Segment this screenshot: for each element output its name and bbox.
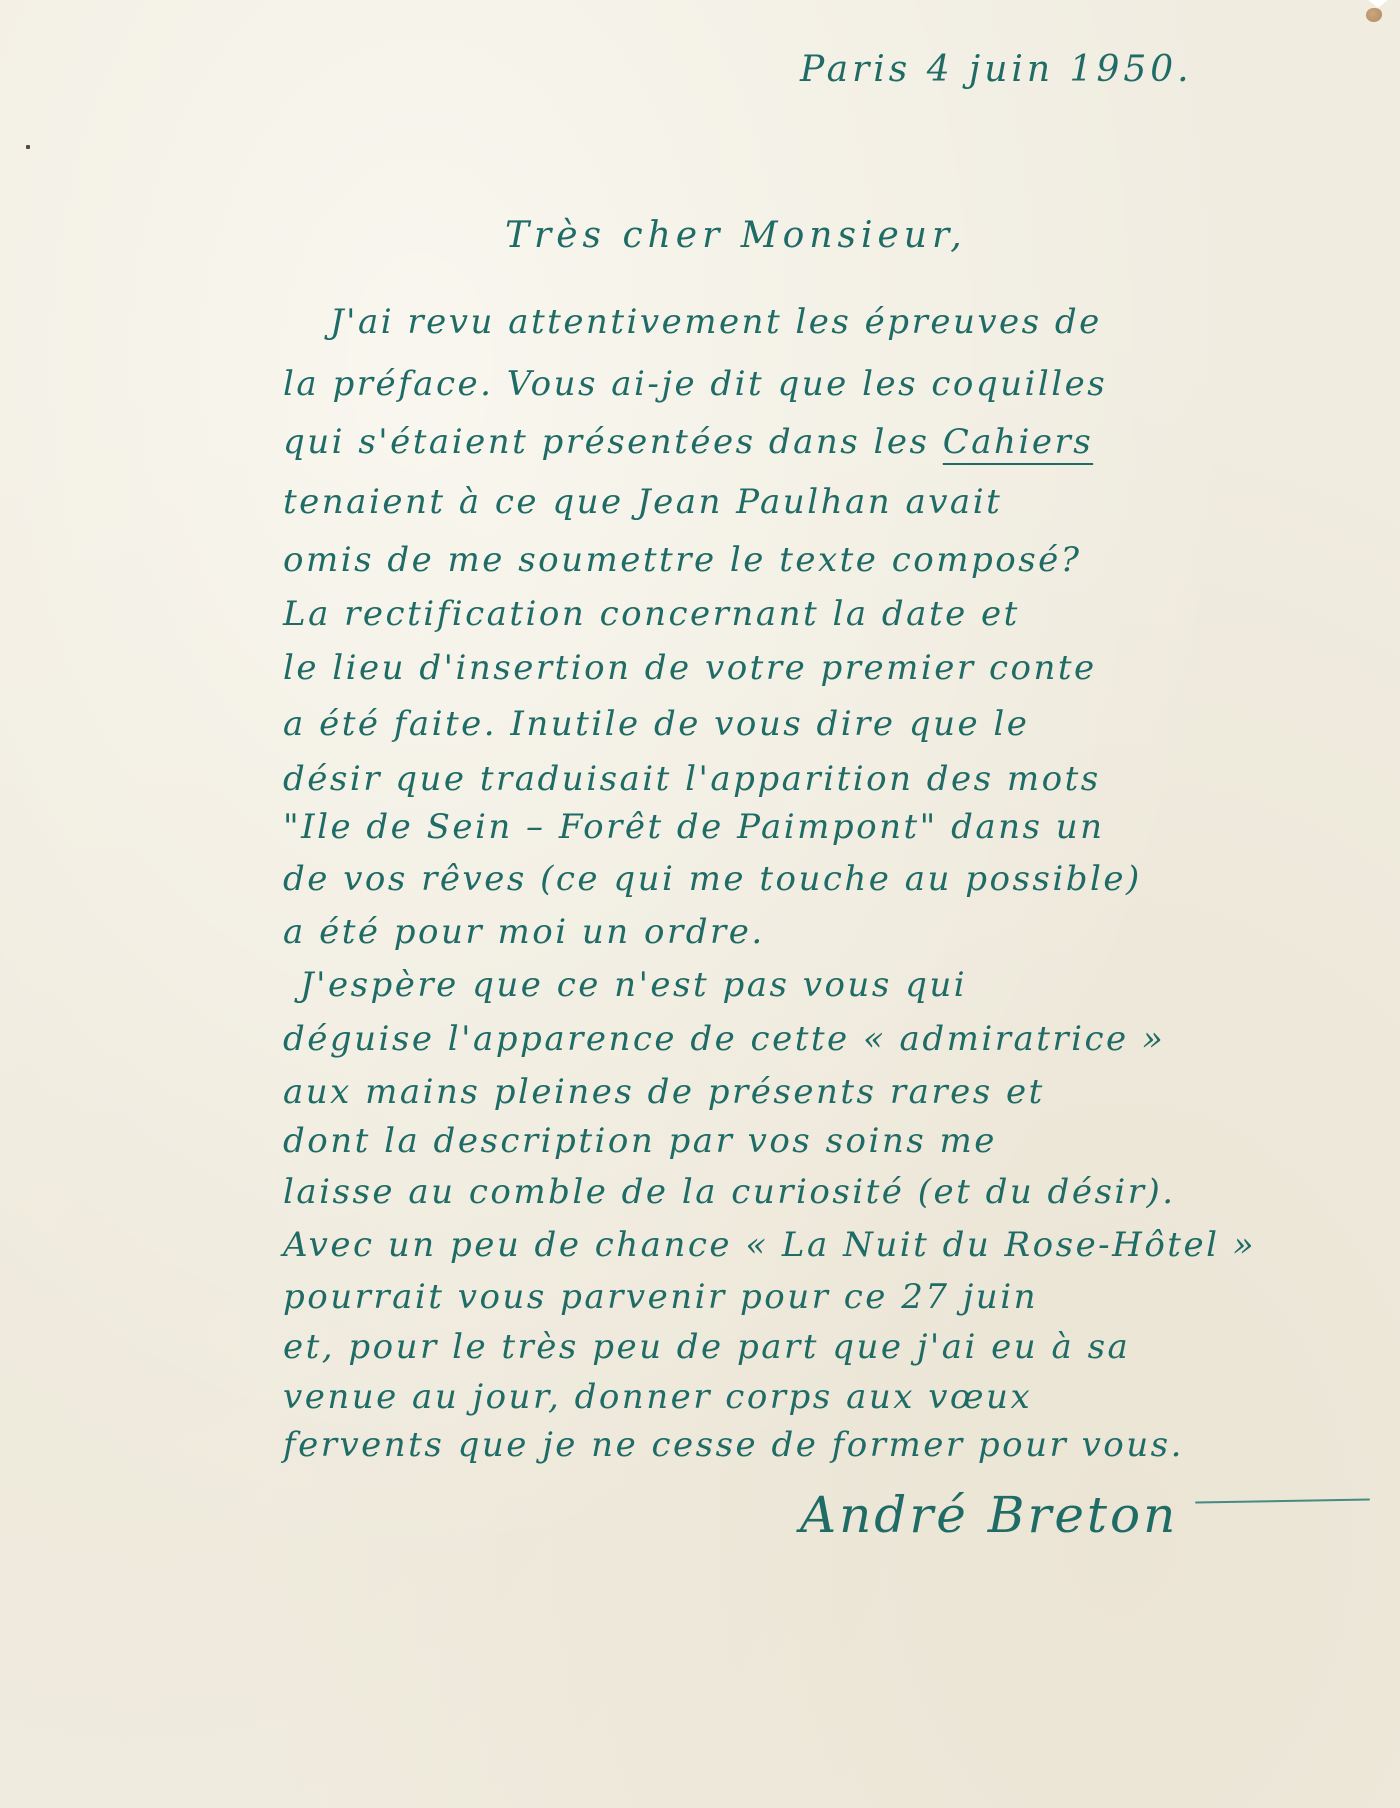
body-line: fervents que je ne cesse de former pour … [283, 1428, 1184, 1462]
body-line: a été pour moi un ordre. [283, 915, 765, 949]
body-line: "Ile de Sein – Forêt de Paimpont" dans u… [283, 810, 1105, 844]
body-line-text: qui s'étaient présentées dans les [283, 422, 943, 462]
salutation: Très cher Monsieur, [505, 218, 967, 254]
body-line: aux mains pleines de présents rares et [283, 1075, 1045, 1109]
body-line: désir que traduisait l'apparition des mo… [283, 762, 1101, 796]
body-line: venue au jour, donner corps aux vœux [283, 1380, 1032, 1414]
body-line: pourrait vous parvenir pour ce 27 juin [283, 1280, 1038, 1314]
body-line: dont la description par vos soins me [283, 1124, 997, 1158]
signature: André Breton [800, 1490, 1178, 1540]
body-line: le lieu d'insertion de votre premier con… [283, 651, 1097, 685]
body-line: la préface. Vous ai-je dit que les coqui… [283, 367, 1107, 401]
body-line: de vos rêves (ce qui me touche au possib… [283, 862, 1142, 896]
body-line: et, pour le très peu de part que j'ai eu… [283, 1330, 1130, 1364]
body-line: J'ai revu attentivement les épreuves de [330, 305, 1102, 339]
body-line: Avec un peu de chance « La Nuit du Rose-… [283, 1228, 1256, 1262]
body-line: tenaient à ce que Jean Paulhan avait [283, 485, 1002, 519]
paper-speck [26, 145, 30, 149]
body-line: laisse au comble de la curiosité (et du … [283, 1175, 1176, 1209]
cahiers-title: Cahiers [943, 422, 1093, 462]
body-line: qui s'étaient présentées dans les Cahier… [283, 425, 1093, 459]
letter-paper [0, 0, 1400, 1808]
torn-corner [1368, 0, 1388, 8]
place-date: Paris 4 juin 1950. [800, 52, 1193, 88]
body-line: a été faite. Inutile de vous dire que le [283, 707, 1029, 741]
body-line: J'espère que ce n'est pas vous qui [300, 968, 967, 1002]
body-line: La rectification concernant la date et [283, 597, 1020, 631]
body-line: omis de me soumettre le texte composé? [283, 543, 1082, 577]
body-line: déguise l'apparence de cette « admiratri… [283, 1022, 1165, 1056]
